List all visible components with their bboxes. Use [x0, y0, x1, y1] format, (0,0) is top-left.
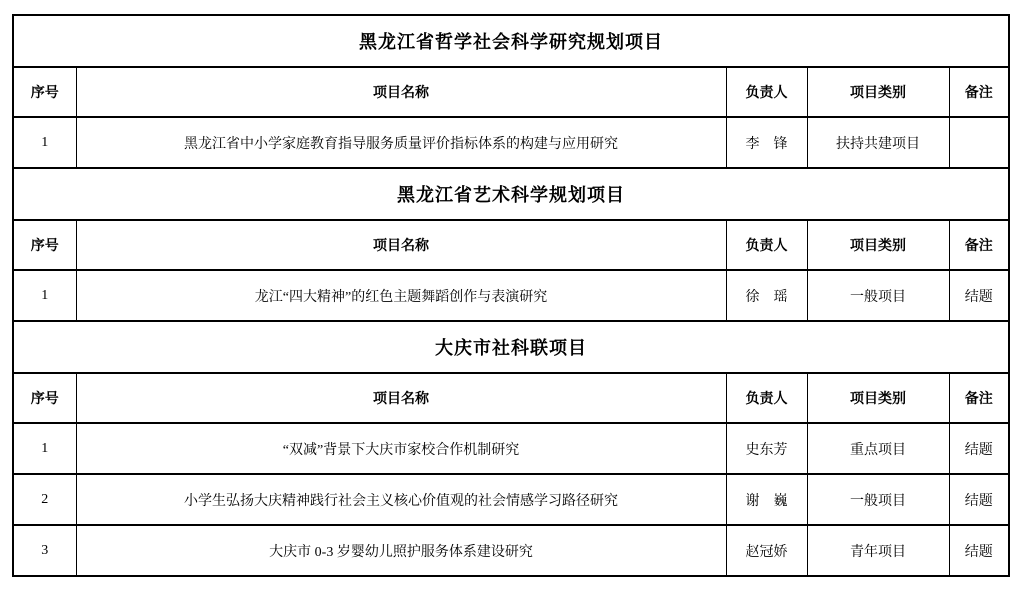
section-title: 大庆市社科联项目 — [13, 321, 1009, 373]
cell-no: 1 — [13, 117, 76, 168]
cell-name: 龙江“四大精神”的红色主题舞蹈创作与表演研究 — [76, 270, 726, 321]
table-row: 2小学生弘扬大庆精神践行社会主义核心价值观的社会情感学习路径研究谢 巍一般项目结… — [13, 474, 1009, 525]
section-title: 黑龙江省哲学社会科学研究规划项目 — [13, 15, 1009, 67]
cell-no: 1 — [13, 270, 76, 321]
column-header-remark: 备注 — [949, 373, 1009, 423]
cell-remark — [949, 117, 1009, 168]
column-header-category: 项目类别 — [807, 373, 949, 423]
cell-leader: 史东芳 — [726, 423, 807, 474]
cell-remark: 结题 — [949, 423, 1009, 474]
column-header-category: 项目类别 — [807, 67, 949, 117]
projects-table: 黑龙江省哲学社会科学研究规划项目序号项目名称负责人项目类别备注1黑龙江省中小学家… — [12, 14, 1010, 577]
section-title-row: 大庆市社科联项目 — [13, 321, 1009, 373]
cell-category: 重点项目 — [807, 423, 949, 474]
column-header-remark: 备注 — [949, 67, 1009, 117]
cell-no: 2 — [13, 474, 76, 525]
section-title-row: 黑龙江省哲学社会科学研究规划项目 — [13, 15, 1009, 67]
column-header-row: 序号项目名称负责人项目类别备注 — [13, 67, 1009, 117]
cell-leader: 谢 巍 — [726, 474, 807, 525]
cell-category: 扶持共建项目 — [807, 117, 949, 168]
column-header-no: 序号 — [13, 220, 76, 270]
column-header-leader: 负责人 — [726, 373, 807, 423]
column-header-category: 项目类别 — [807, 220, 949, 270]
table-row: 1黑龙江省中小学家庭教育指导服务质量评价指标体系的构建与应用研究李 锋扶持共建项… — [13, 117, 1009, 168]
column-header-remark: 备注 — [949, 220, 1009, 270]
cell-no: 1 — [13, 423, 76, 474]
cell-remark: 结题 — [949, 525, 1009, 576]
table-row: 3大庆市 0-3 岁婴幼儿照护服务体系建设研究赵冠娇青年项目结题 — [13, 525, 1009, 576]
cell-no: 3 — [13, 525, 76, 576]
cell-name: “双减”背景下大庆市家校合作机制研究 — [76, 423, 726, 474]
column-header-no: 序号 — [13, 373, 76, 423]
cell-name: 大庆市 0-3 岁婴幼儿照护服务体系建设研究 — [76, 525, 726, 576]
column-header-row: 序号项目名称负责人项目类别备注 — [13, 373, 1009, 423]
cell-name: 黑龙江省中小学家庭教育指导服务质量评价指标体系的构建与应用研究 — [76, 117, 726, 168]
column-header-name: 项目名称 — [76, 373, 726, 423]
cell-category: 一般项目 — [807, 270, 949, 321]
cell-leader: 李 锋 — [726, 117, 807, 168]
cell-category: 一般项目 — [807, 474, 949, 525]
column-header-no: 序号 — [13, 67, 76, 117]
projects-table-body: 黑龙江省哲学社会科学研究规划项目序号项目名称负责人项目类别备注1黑龙江省中小学家… — [13, 15, 1009, 576]
column-header-name: 项目名称 — [76, 67, 726, 117]
column-header-leader: 负责人 — [726, 67, 807, 117]
section-title: 黑龙江省艺术科学规划项目 — [13, 168, 1009, 220]
column-header-leader: 负责人 — [726, 220, 807, 270]
table-row: 1“双减”背景下大庆市家校合作机制研究史东芳重点项目结题 — [13, 423, 1009, 474]
cell-name: 小学生弘扬大庆精神践行社会主义核心价值观的社会情感学习路径研究 — [76, 474, 726, 525]
column-header-name: 项目名称 — [76, 220, 726, 270]
cell-category: 青年项目 — [807, 525, 949, 576]
cell-leader: 赵冠娇 — [726, 525, 807, 576]
cell-leader: 徐 瑶 — [726, 270, 807, 321]
cell-remark: 结题 — [949, 474, 1009, 525]
document-page: 黑龙江省哲学社会科学研究规划项目序号项目名称负责人项目类别备注1黑龙江省中小学家… — [0, 0, 1020, 590]
column-header-row: 序号项目名称负责人项目类别备注 — [13, 220, 1009, 270]
section-title-row: 黑龙江省艺术科学规划项目 — [13, 168, 1009, 220]
cell-remark: 结题 — [949, 270, 1009, 321]
table-row: 1龙江“四大精神”的红色主题舞蹈创作与表演研究徐 瑶一般项目结题 — [13, 270, 1009, 321]
